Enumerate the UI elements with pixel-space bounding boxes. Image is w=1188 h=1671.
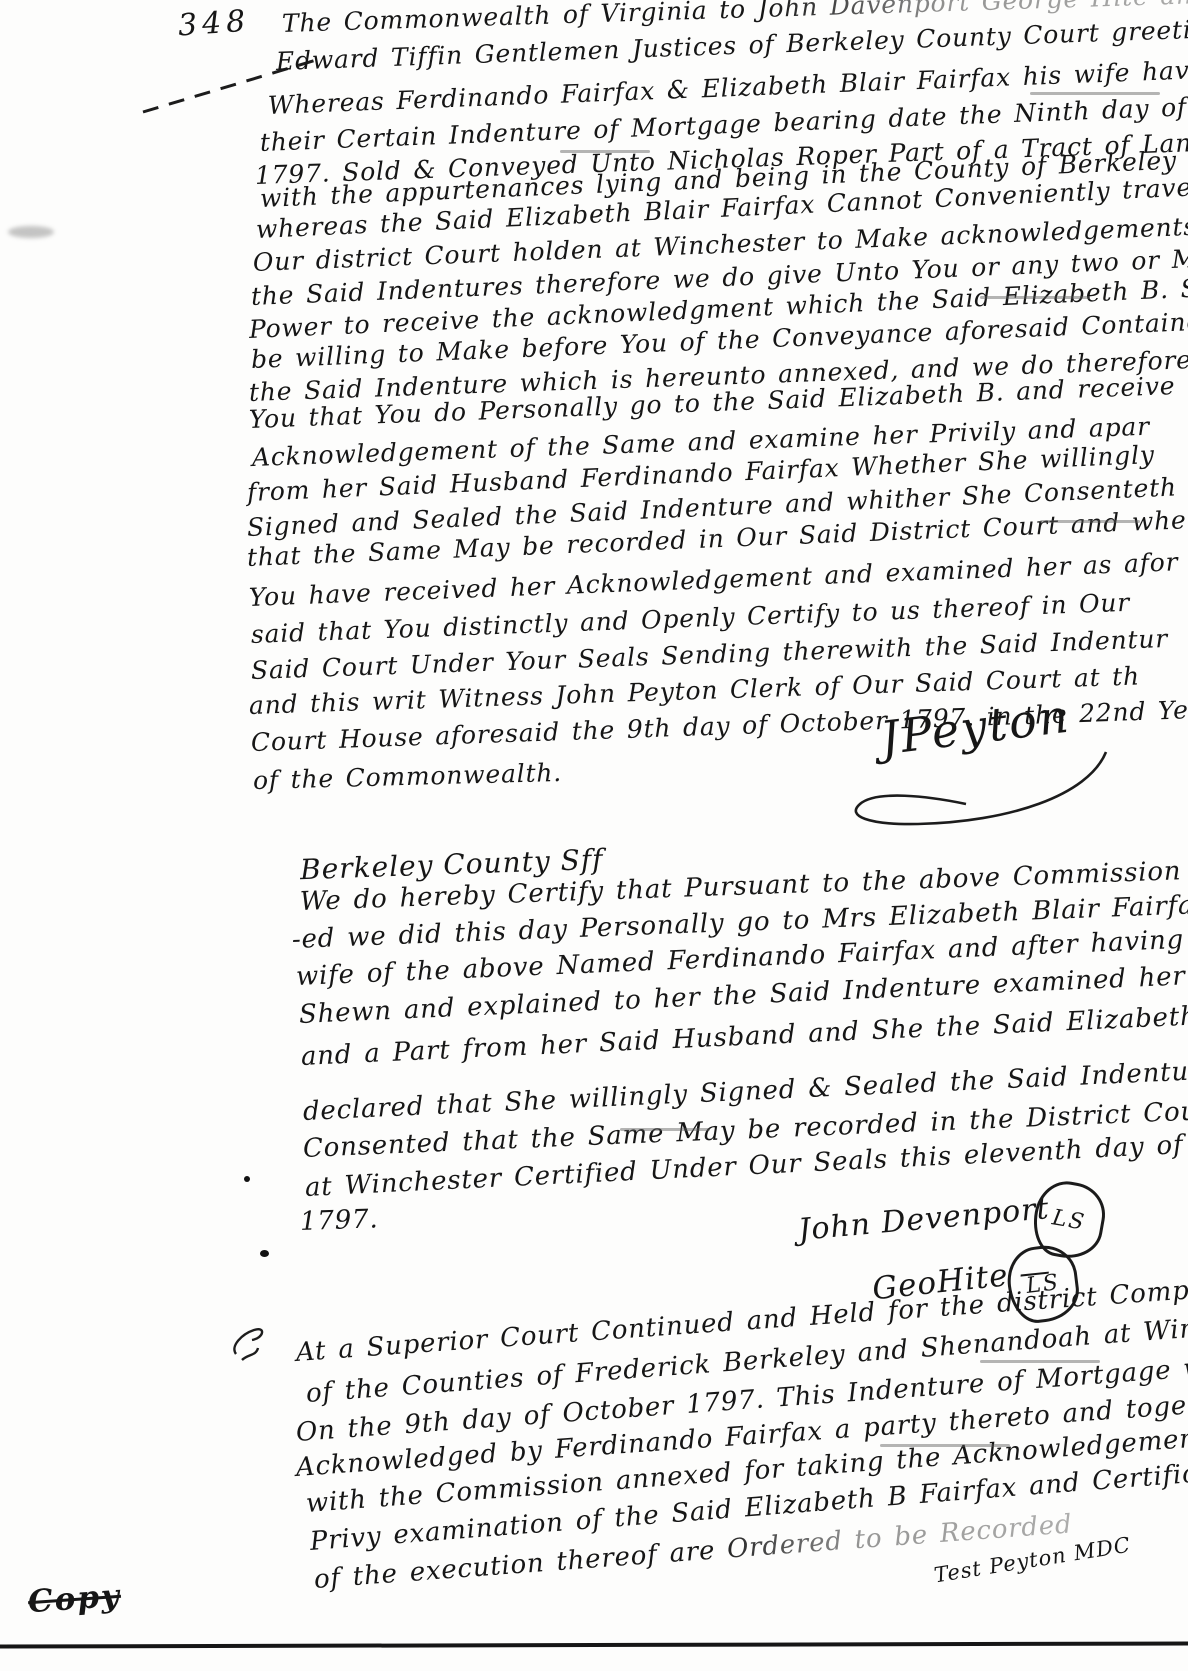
- scan-artifact: [980, 296, 1090, 299]
- signature-swash: [838, 738, 1138, 828]
- scan-artifact: [560, 150, 650, 153]
- ink-dot: [244, 1176, 250, 1182]
- ink-dot: [260, 1250, 269, 1257]
- scan-artifact: [1030, 92, 1160, 95]
- scan-smudge: [8, 226, 54, 238]
- devenport-signature: John Devenport: [797, 1191, 1051, 1248]
- margin-mark: [228, 1320, 272, 1370]
- scan-artifact: [980, 1360, 1100, 1363]
- copy-stamp: Copy: [27, 1578, 122, 1620]
- handwritten-line: of the Commonwealth.: [253, 757, 563, 797]
- page-number: 348: [177, 4, 252, 44]
- scan-edge-line: [0, 1641, 1188, 1648]
- scanned-document-page: 348 The Commonwealth of Virginia to John…: [0, 0, 1188, 1671]
- scan-artifact: [620, 1128, 710, 1131]
- seal-label: LS: [1050, 1205, 1088, 1235]
- scan-artifact: [1040, 520, 1140, 523]
- scan-artifact: [880, 1444, 1010, 1447]
- handwritten-line: 1797.: [299, 1203, 379, 1238]
